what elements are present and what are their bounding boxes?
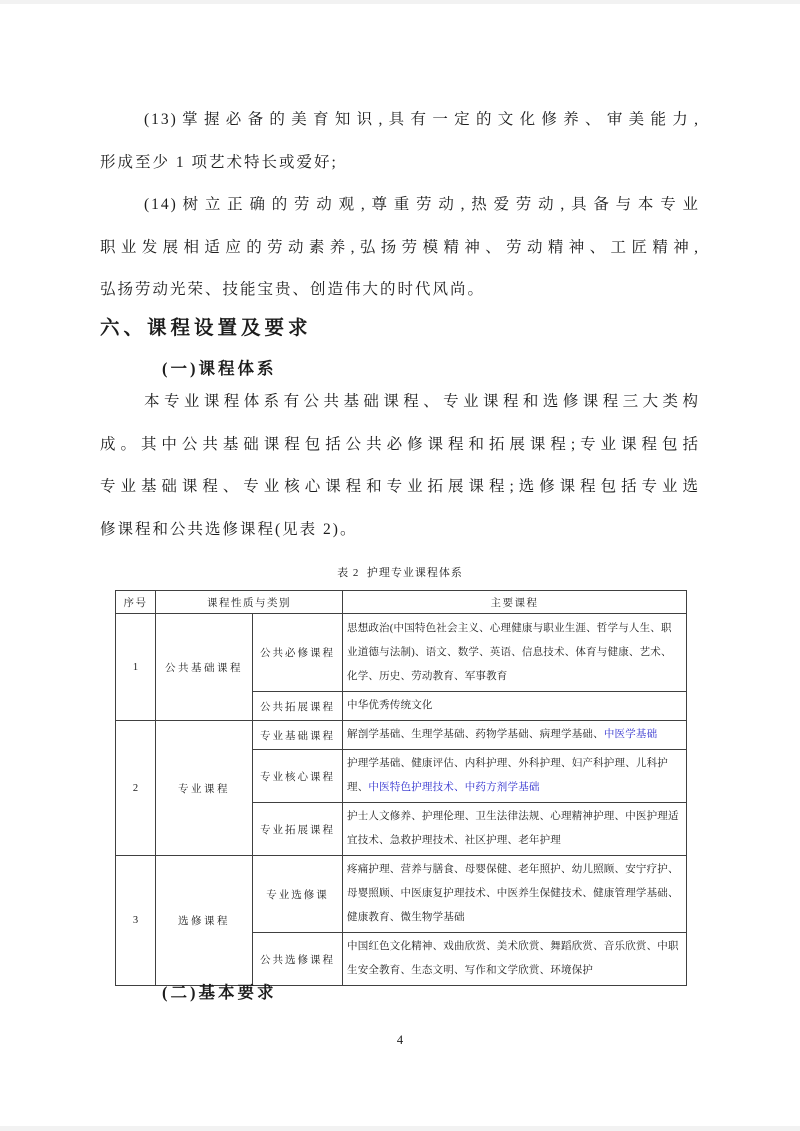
- type-cell: 专业拓展课程: [253, 803, 343, 856]
- seq-cell: 2: [116, 721, 156, 856]
- table-caption: 表 2 护理专业课程体系: [100, 564, 700, 580]
- category-cell: 专业课程: [156, 721, 253, 856]
- header-category: 课程性质与类别: [156, 591, 343, 614]
- paragraph-line: 本专业课程体系有公共基础课程、专业课程和选修课程三大类构: [100, 381, 700, 424]
- category-cell: 选修课程: [156, 856, 253, 986]
- table-header-row: 序号 课程性质与类别 主要课程: [116, 591, 687, 614]
- paragraph-curriculum: 本专业课程体系有公共基础课程、专业课程和选修课程三大类构 成。其中公共基础课程包…: [100, 381, 700, 551]
- type-cell: 专业选修课: [253, 856, 343, 933]
- table-row: 3 选修课程 专业选修课 疼痛护理、营养与膳食、母婴保健、老年照护、幼儿照顾、安…: [116, 856, 687, 933]
- seq-cell: 3: [116, 856, 156, 986]
- header-seq: 序号: [116, 591, 156, 614]
- table-row: 2 专业课程 专业基础课程 解剖学基础、生理学基础、药物学基础、病理学基础、中医…: [116, 721, 687, 750]
- course-list: 中华优秀传统文化: [347, 700, 433, 711]
- course-list: 解剖学基础、生理学基础、药物学基础、病理学基础、: [347, 729, 604, 740]
- sub-heading-1: (一)课程体系: [100, 356, 700, 382]
- courses-cell: 疼痛护理、营养与膳食、母婴保健、老年照护、幼儿照顾、安宁疗护、母婴照顾、中医康复…: [343, 856, 687, 933]
- course-list-highlight: 中医特色护理技术、中药方剂学基础: [368, 782, 539, 793]
- course-list: 疼痛护理、营养与膳食、母婴保健、老年照护、幼儿照顾、安宁疗护、母婴照顾、中医康复…: [347, 864, 679, 923]
- paragraph-line: 成。其中公共基础课程包括公共必修课程和拓展课程;专业课程包括: [100, 424, 700, 467]
- paragraph-line: 形成至少 1 项艺术特长或爱好;: [100, 142, 700, 185]
- course-list: 护士人文修养、护理伦理、卫生法律法规、心理精神护理、中医护理适宜技术、急救护理技…: [347, 811, 679, 846]
- paragraph-line: 弘扬劳动光荣、技能宝贵、创造伟大的时代风尚。: [100, 269, 700, 312]
- category-cell: 公共基础课程: [156, 614, 253, 721]
- courses-cell: 中国红色文化精神、戏曲欣赏、美术欣赏、舞蹈欣赏、音乐欣赏、中职生安全教育、生态文…: [343, 933, 687, 986]
- courses-cell: 解剖学基础、生理学基础、药物学基础、病理学基础、中医学基础: [343, 721, 687, 750]
- header-courses: 主要课程: [343, 591, 687, 614]
- paragraph-line: (13)掌握必备的美育知识,具有一定的文化修养、审美能力,: [100, 99, 700, 142]
- paragraph-14: (14)树立正确的劳动观,尊重劳动,热爱劳动,具备与本专业 职业发展相适应的劳动…: [100, 184, 700, 312]
- type-cell: 专业基础课程: [253, 721, 343, 750]
- seq-cell: 1: [116, 614, 156, 721]
- courses-cell: 护士人文修养、护理伦理、卫生法律法规、心理精神护理、中医护理适宜技术、急救护理技…: [343, 803, 687, 856]
- type-cell: 公共必修课程: [253, 614, 343, 692]
- paragraph-line: 专业基础课程、专业核心课程和专业拓展课程;选修课程包括专业选: [100, 466, 700, 509]
- type-cell: 公共选修课程: [253, 933, 343, 986]
- courses-cell: 中华优秀传统文化: [343, 692, 687, 721]
- course-list: 中国红色文化精神、戏曲欣赏、美术欣赏、舞蹈欣赏、音乐欣赏、中职生安全教育、生态文…: [347, 941, 679, 976]
- courses-cell: 思想政治(中国特色社会主义、心理健康与职业生涯、哲学与人生、职业道德与法制)、语…: [343, 614, 687, 692]
- paragraph-line: 职业发展相适应的劳动素养,弘扬劳模精神、劳动精神、工匠精神,: [100, 227, 700, 270]
- courses-cell: 护理学基础、健康评估、内科护理、外科护理、妇产科护理、儿科护理、中医特色护理技术…: [343, 750, 687, 803]
- paragraph-13: (13)掌握必备的美育知识,具有一定的文化修养、审美能力, 形成至少 1 项艺术…: [100, 99, 700, 184]
- type-cell: 公共拓展课程: [253, 692, 343, 721]
- course-list-highlight: 中医学基础: [604, 729, 658, 740]
- course-list: 思想政治(中国特色社会主义、心理健康与职业生涯、哲学与人生、职业道德与法制)、语…: [347, 623, 672, 682]
- document-page: (13)掌握必备的美育知识,具有一定的文化修养、审美能力, 形成至少 1 项艺术…: [0, 0, 800, 1131]
- sub-heading-2: (二)基本要求: [100, 980, 700, 1006]
- page-top-edge: [0, 0, 800, 4]
- page-bottom-edge: [0, 1126, 800, 1131]
- page-number: 4: [100, 1033, 700, 1048]
- paragraph-line: 修课程和公共选修课程(见表 2)。: [100, 509, 700, 552]
- type-cell: 专业核心课程: [253, 750, 343, 803]
- table-row: 1 公共基础课程 公共必修课程 思想政治(中国特色社会主义、心理健康与职业生涯、…: [116, 614, 687, 692]
- section-heading: 六、课程设置及要求: [100, 313, 312, 343]
- paragraph-line: (14)树立正确的劳动观,尊重劳动,热爱劳动,具备与本专业: [100, 184, 700, 227]
- curriculum-table: 序号 课程性质与类别 主要课程 1 公共基础课程 公共必修课程 思想政治(中国特…: [115, 590, 687, 986]
